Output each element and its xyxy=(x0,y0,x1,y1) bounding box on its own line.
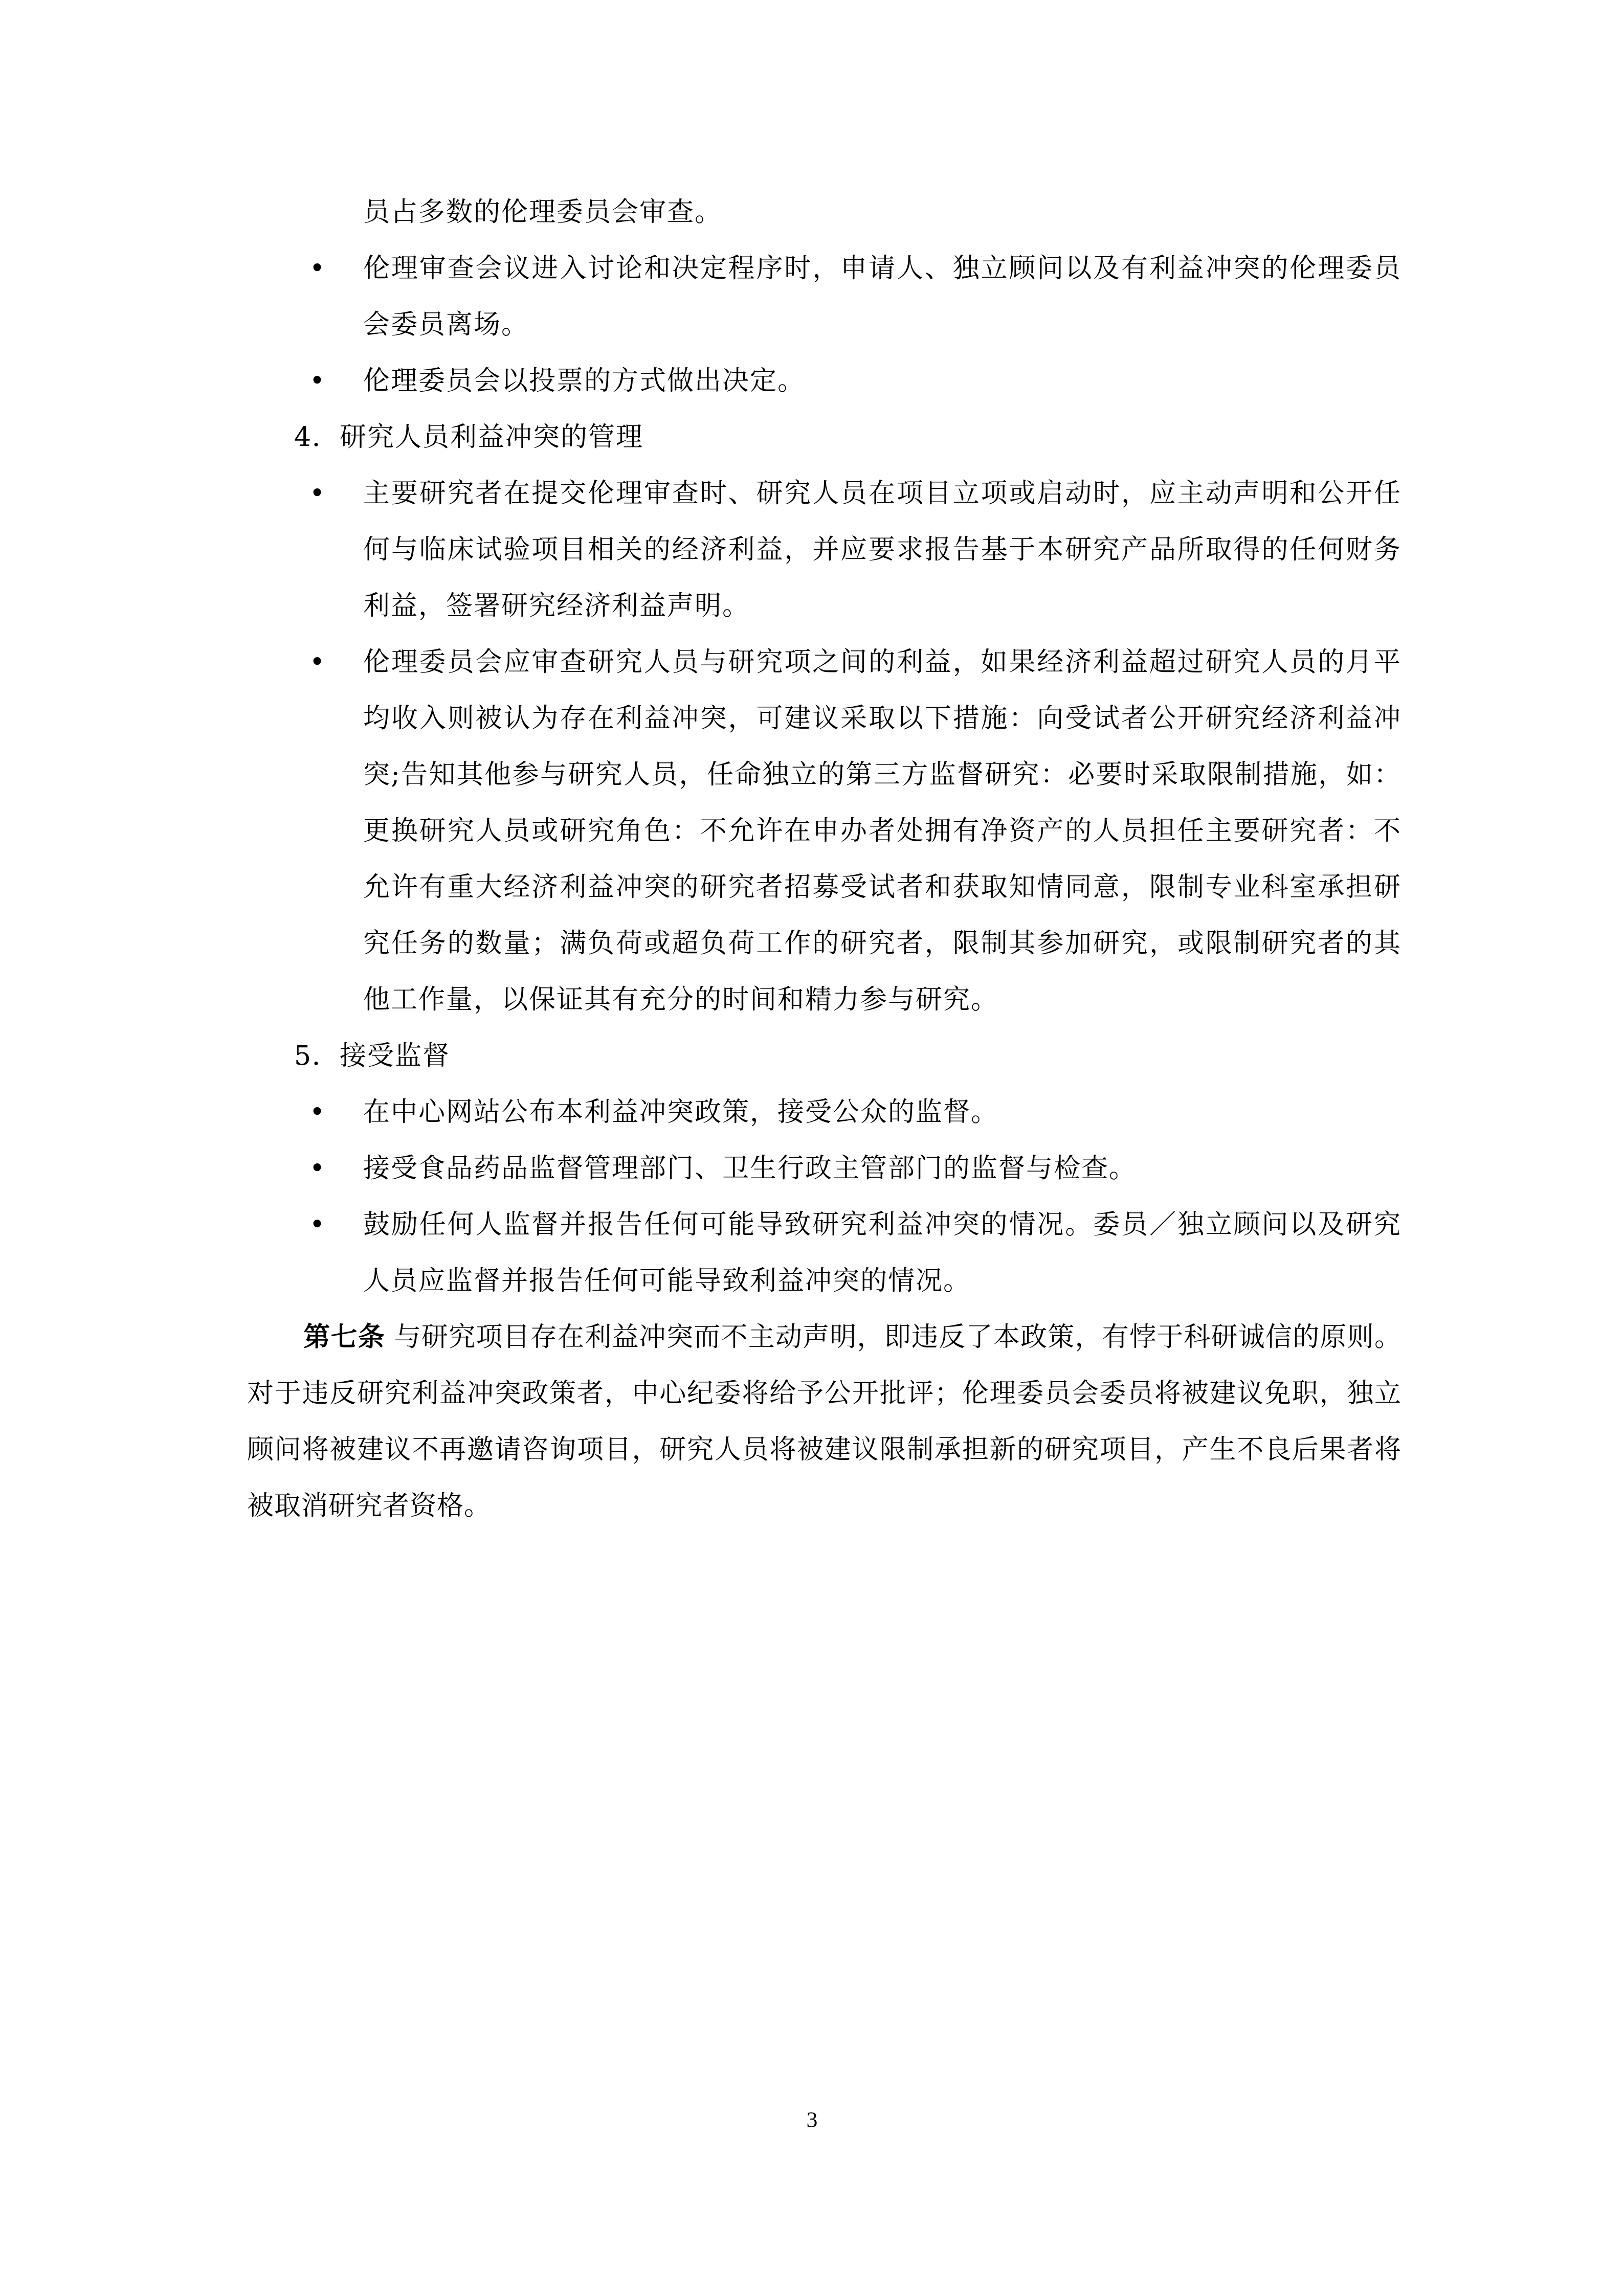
list-item-text: 伦理委员会应审查研究人员与研究项之间的利益，如果经济利益超过研究人员的月平均收入… xyxy=(363,634,1401,1028)
article-text: 与研究项目存在利益冲突而不主动声明，即违反了本政策，有悖于科研诚信的原则。对于违… xyxy=(247,1322,1401,1521)
list-item-text: 主要研究者在提交伦理审查时、研究人员在项目立项或启动时，应主动声明和公开任何与临… xyxy=(363,465,1401,634)
list-item-text: 鼓励任何人监督并报告任何可能导致研究利益冲突的情况。委员／独立顾问以及研究人员应… xyxy=(363,1197,1401,1309)
bullet-icon: • xyxy=(307,1140,327,1197)
bullet-icon: • xyxy=(307,353,327,409)
document-page: 员占多数的伦理委员会审查。 • 伦理审查会议进入讨论和决定程序时，申请人、独立顾… xyxy=(0,0,1624,2296)
list-item: • 接受食品药品监督管理部门、卫生行政主管部门的监督与检查。 xyxy=(307,1140,1401,1197)
list-item: • 伦理委员会应审查研究人员与研究项之间的利益，如果经济利益超过研究人员的月平均… xyxy=(307,634,1401,1028)
list-item: • 鼓励任何人监督并报告任何可能导致研究利益冲突的情况。委员／独立顾问以及研究人… xyxy=(307,1197,1401,1309)
section-heading-4: 4．研究人员利益冲突的管理 xyxy=(294,409,643,465)
section-heading-5: 5．接受监督 xyxy=(294,1028,450,1084)
continuation-line: 员占多数的伦理委员会审查。 xyxy=(363,184,722,240)
list-item: • 在中心网站公布本利益冲突政策，接受公众的监督。 xyxy=(307,1084,1401,1140)
article-7-paragraph: 第七条 与研究项目存在利益冲突而不主动声明，即违反了本政策，有悖于科研诚信的原则… xyxy=(247,1309,1401,1534)
list-item-text: 伦理委员会以投票的方式做出决定。 xyxy=(363,353,1401,409)
bullet-icon: • xyxy=(307,465,327,522)
list-item-text: 在中心网站公布本利益冲突政策，接受公众的监督。 xyxy=(363,1084,1401,1140)
bullet-icon: • xyxy=(307,634,327,690)
page-number: 3 xyxy=(0,2107,1624,2133)
list-item: • 伦理委员会以投票的方式做出决定。 xyxy=(307,353,1401,409)
list-item-text: 接受食品药品监督管理部门、卫生行政主管部门的监督与检查。 xyxy=(363,1140,1401,1197)
bullet-icon: • xyxy=(307,1197,327,1253)
list-item-text: 伦理审查会议进入讨论和决定程序时，申请人、独立顾问以及有利益冲突的伦理委员会委员… xyxy=(363,240,1401,353)
list-item: • 伦理审查会议进入讨论和决定程序时，申请人、独立顾问以及有利益冲突的伦理委员会… xyxy=(307,240,1401,353)
bullet-icon: • xyxy=(307,1084,327,1140)
list-item: • 主要研究者在提交伦理审查时、研究人员在项目立项或启动时，应主动声明和公开任何… xyxy=(307,465,1401,634)
bullet-icon: • xyxy=(307,240,327,297)
article-label: 第七条 xyxy=(303,1321,385,1353)
